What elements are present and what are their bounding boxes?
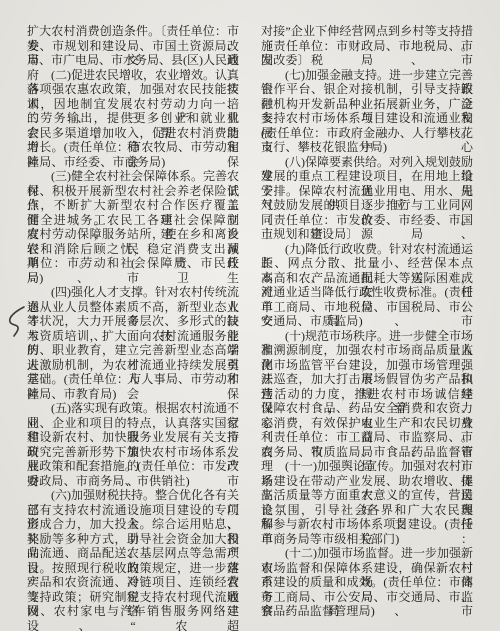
text-line: 化市场监管平台建设，加强市场管理，开展执 [261,358,473,373]
text-line: 发展的重点工程建设项目，在用地上给予优先 [261,169,473,184]
text-line: 保障农村食品、药品安全消费和农资、家电放 [261,401,473,416]
text-line: 对接”企业下伸经营网点到乡村等支持措施。 [261,24,473,39]
text-line: 市工商局、市地税局、市国税局、市公安局、市 [261,300,473,315]
text-line: (十)规范市场秩序。进一步健全市场准入 [261,329,473,344]
text-line: 局、市广电局、市水务局、县(区)人民政府〕 [27,53,239,68]
text-line: 农村劳动保障服务站所，使在乡和离乡农民减 [27,227,239,242]
text-line: 各项强农惠农政策，加强对农民技能技术培 [27,82,239,97]
text-line: 训，因地制宜发展农村劳动力向一、二、三产业 [27,97,239,112]
text-line: 业政策和配套措施。(责任单位：市发改委、市 [27,459,239,474]
left-text-column: 扩大农村消费创造条件。〔责任单位：市发改委、市规划和建设局、市国土资源局、市交通… [27,24,239,619]
text-line: (九)降低行政收费。针对农村流通运距 [261,242,473,257]
text-line: 健全进城务工农民工各项社会保障制度，建设 [27,213,239,228]
text-line: 农民多渠道增加收入，促进农村消费能力稳定 [27,126,239,141]
text-line: 安排。保障农村流通业用电、用水、用气供应， [261,184,473,199]
text-line: (八)保障要素供给。对列入规划鼓励建设 [261,155,473,170]
text-line: 等状况，大力开展多层次、多形式的技术、技能 [27,314,239,329]
text-line: 品流通、商品配送、基层网点等急需项目的建 [27,546,239,561]
text-line: 长、网点分散、批量小、经营保本点高、配送成 [261,256,473,271]
text-line: 增长。(责任单位：市农牧局、市劳动和社会保 [27,140,239,155]
text-line: 轻和消除后顾之忧，稳定消费支出预期。(责任 [27,242,239,257]
text-line: 单位：市劳动和社会保障局、市民政局、市卫生 [27,256,239,271]
text-line: 支持政策；研究制定支持农村现代流通网络建 [27,590,239,605]
text-line: 设。按照现行税收政策规定，进一步落实对农 [27,561,239,576]
scanned-document-page: 扩大农村消费创造条件。〔责任单位：市发改委、市规划和建设局、市国土资源局、市交通… [0,0,500,631]
text-line: 委、市规划和建设局、市国土资源局、市交通 [27,39,239,54]
text-line: (六)加强财税扶持。整合优化各有关部门 [27,488,239,503]
text-line: 态从业人员整体素质不高，新型业态人才奇缺 [27,300,239,315]
text-line: 扩大农村消费创造条件。〔责任单位：市发改 [27,24,239,39]
text-line: (三)健全农村社会保障体系。完善农村低 [27,169,239,184]
text-line: 法巡查，加大打击市场假冒伪劣产品和违规经 [261,372,473,387]
text-line: 心消费，有效保护农业生产和农民切身利益。 [261,416,473,431]
text-line: 基础。(责任单位：市人事局、市劳动和社会保 [27,372,239,387]
text-line: 和溯源制度，加强农村市场商品质量监测，强 [261,343,473,358]
text-line: 支持农村市场体系项目建设和流通业发展。 [261,111,473,126]
text-line: (十一)加强舆论宣传。加强对农村市场体 [261,459,473,474]
text-line: (五)落实现有政策。根据农村流通不同行 [27,401,239,416]
text-line: 商务局、市质监局、市食品药品监督管理局〕 [261,445,473,460]
text-line: 市场监督和保障体系建设，确保新农村市场体 [261,561,473,576]
text-line: 作，不断扩大新型农村合作医疗覆盖面。建立 [27,198,239,213]
text-line: 设、农村家电与汽车销售服务网络建设、“农超 [27,604,239,619]
text-line: 的劳务输出，提供更多创业和就业机会，帮助 [27,111,239,126]
text-line: 合作平台、银企对接机制，引导支持银行业金 [261,82,473,97]
text-line: 系建设的质量和成效。(责任单位：市商务局、 [261,575,473,590]
text-line: 市工商局、市公安局、市交通局、市监察局、市 [261,590,473,605]
text-line: 进激励机制，为农村流通业持续发展奠定人才 [27,358,239,373]
two-column-text-body: 扩大农村消费创造条件。〔责任单位：市发改委、市规划和建设局、市国土资源局、市交通… [27,24,473,619]
text-line: 营活动的力度，推进农村市场诚信建设，着力 [261,387,473,402]
text-line: 对鼓励发展的项目逐步推行与工业同网同价。 [261,198,473,213]
text-line: 研究完善新形势下加快农村市场体系发展的产 [27,445,239,460]
text-line: 奖励等多种方式，引导社会资金加大投向农产 [27,532,239,547]
text-line: (责任单位：市政府金融办、人行攀枝花市中心 [261,126,473,141]
text-line: 论氛围，引导社会各界和广大农民理解、支持 [261,503,473,518]
text-line: 与资质培训，扩大面向农村流通服务业的学 [27,329,239,344]
text-line: 产品和农资流通、冷链项目、连锁经营等税收 [27,575,239,590]
text-line: (二)促进农民增收，农业增效。认真落实 [27,68,239,83]
text-line: 和参与新农村市场体系项目建设。(责任单位： [261,517,473,532]
text-line: 生活质量等方面重大意义的宣传，营造良好舆 [261,488,473,503]
text-line: (十二)加强市场监督。进一步加强新农村 [261,546,473,561]
text-line: 本高和农产品流通损耗大等实际困难，对农村 [261,271,473,286]
text-line: (四)强化人才支撑。针对农村传统流通业 [27,285,239,300]
text-line: 融机构开发新品种、拓展新业务，广泛参与和 [261,97,473,112]
text-line: 〔责任单位：市财政局、市地税局、市国税局、市 [261,39,473,54]
text-line: 系建设在带动产业发展、助农增收、提高农民 [261,474,473,489]
text-line: 已有支持农村流通设施项目建设的专项资金， [27,503,239,518]
text-line: 业、企业和项目的特点，认真落实国家和我市 [27,416,239,431]
text-line: 〔责任单位：市发改委、市经委、市国土资源局、 [261,213,473,228]
text-line: 〔责任单位：市工商局、市监察局、市农牧局、市 [261,430,473,445]
text-line: 流通业适当降低行政性收费标准。(责任单位： [261,285,473,300]
text-line: 历、职业教育，建立完善新型业态高端人才引 [27,343,239,358]
text-line: 建设新农村、加快服务业发展有关支持政策， [27,430,239,445]
right-text-column: 对接”企业下伸经营网点到乡村等支持措施。〔责任单位：市财政局、市地税局、市国税局… [261,24,473,619]
text-line: 形成合力，加大投入。综合运用贴息、补助和 [27,517,239,532]
text-line: (七)加强金融支持。进一步建立完善银政 [261,68,473,83]
text-line: 保、积极开展新型农村社会养老保险试点工 [27,184,239,199]
handwritten-margin-mark [2,303,28,345]
